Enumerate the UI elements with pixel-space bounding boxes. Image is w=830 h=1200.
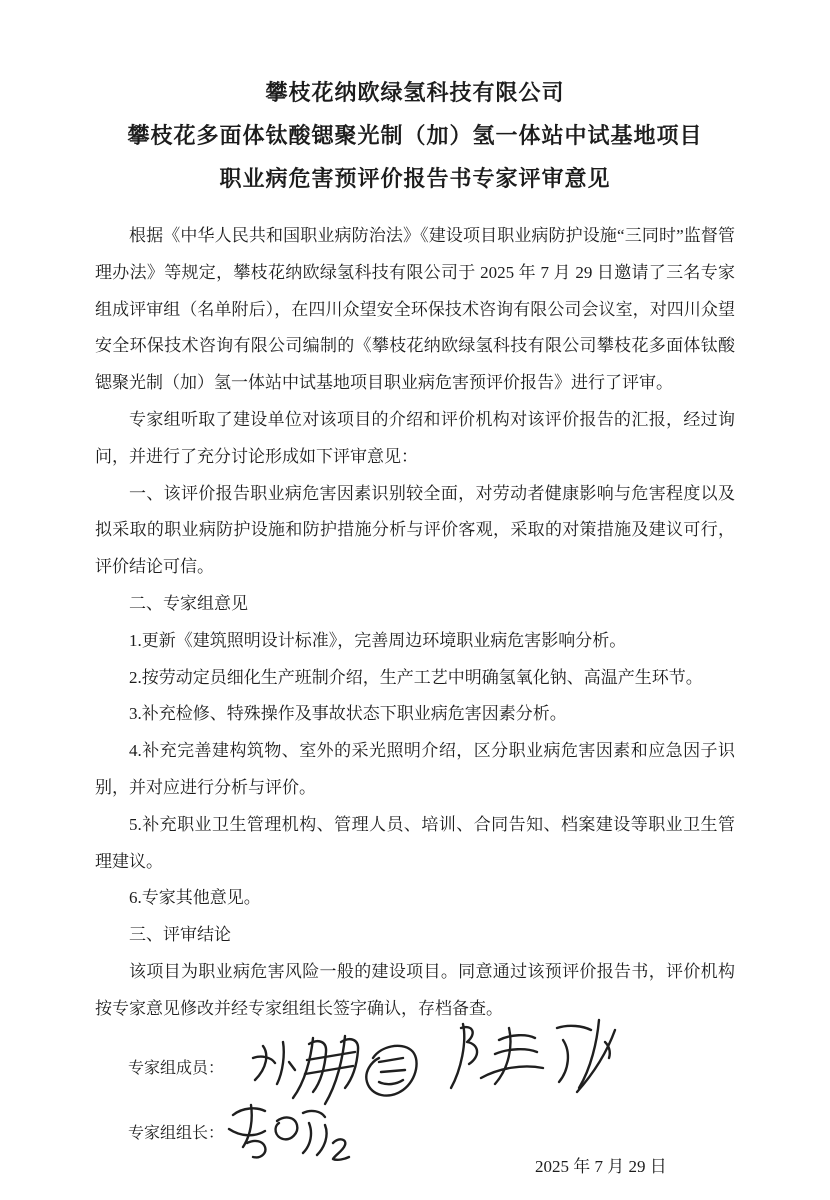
project-title: 攀枝花多面体钛酸锶聚光制（加）氢一体站中试基地项目 — [95, 114, 735, 157]
opinion-item-1: 1.更新《建筑照明设计标准》，完善周边环境职业病危害影响分析。 — [95, 623, 735, 660]
paragraph-process: 专家组听取了建设单位对该项目的介绍和评价机构对该评价报告的汇报，经过询问，并进行… — [95, 402, 735, 476]
signature-section: 专家组成员： — [95, 1028, 735, 1200]
heading-expert-opinions: 二、专家组意见 — [95, 586, 735, 623]
heading-review-conclusion: 三、评审结论 — [95, 917, 735, 954]
body-text: 根据《中华人民共和国职业病防治法》《建设项目职业病防护设施“三同时”监督管理办法… — [95, 218, 735, 1028]
signature-member-2-handwriting — [447, 1012, 632, 1102]
paragraph-opinion-1: 一、该评价报告职业病危害因素识别较全面，对劳动者健康影响与危害程度以及拟采取的职… — [95, 476, 735, 586]
opinion-item-6: 6.专家其他意见。 — [95, 880, 735, 917]
title-block: 攀枝花纳欧绿氢科技有限公司 攀枝花多面体钛酸锶聚光制（加）氢一体站中试基地项目 … — [95, 71, 735, 200]
opinion-item-4: 4.补充完善建构筑物、室外的采光照明介绍，区分职业病危害因素和应急因子识别，并对… — [95, 733, 735, 807]
leader-label: 专家组组长： — [128, 1120, 224, 1143]
opinion-item-2: 2.按劳动定员细化生产班制介绍，生产工艺中明确氢氧化钠、高温产生环节。 — [95, 660, 735, 697]
paragraph-conclusion: 该项目为职业病危害风险一般的建设项目。同意通过该预评价报告书，评价机构按专家意见… — [95, 954, 735, 1028]
opinion-item-3: 3.补充检修、特殊操作及事故状态下职业病危害因素分析。 — [95, 696, 735, 733]
members-label: 专家组成员： — [128, 1055, 224, 1078]
opinion-item-5: 5.补充职业卫生管理机构、管理人员、培训、合同告知、档案建设等职业卫生管理建议。 — [95, 807, 735, 881]
company-title: 攀枝花纳欧绿氢科技有限公司 — [95, 71, 735, 114]
review-date: 2025 年 7 月 29 日 — [535, 1152, 667, 1177]
document-page: 攀枝花纳欧绿氢科技有限公司 攀枝花多面体钛酸锶聚光制（加）氢一体站中试基地项目 … — [0, 0, 830, 1200]
paragraph-intro: 根据《中华人民共和国职业病防治法》《建设项目职业病防护设施“三同时”监督管理办法… — [95, 218, 735, 402]
signature-leader-handwriting — [221, 1099, 361, 1169]
report-title: 职业病危害预评价报告书专家评审意见 — [95, 157, 735, 200]
